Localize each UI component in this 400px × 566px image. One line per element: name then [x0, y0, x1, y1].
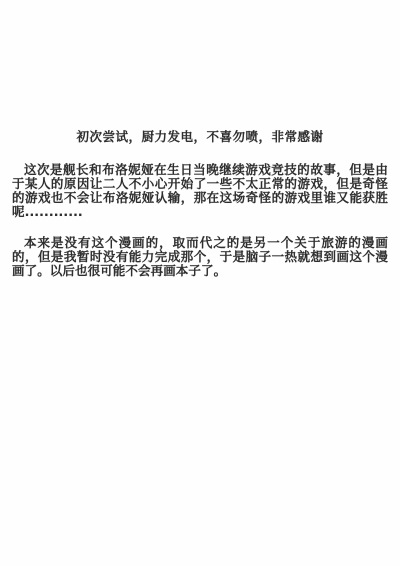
afterword-text-block: 初次尝试，厨力发电，不喜勿喷，非常感谢 这次是舰长和布洛妮娅在生日当晚继续游戏竞… — [12, 130, 388, 295]
afterword-paragraph-2: 本来是没有这个漫画的，取而代之的是另一个关于旅游的漫画的，但是我暂时没有能力完成… — [12, 236, 388, 278]
afterword-paragraph-1: 这次是舰长和布洛妮娅在生日当晚继续游戏竞技的故事，但是由于某人的原因让二人不小心… — [12, 163, 388, 219]
afterword-page: 初次尝试，厨力发电，不喜勿喷，非常感谢 这次是舰长和布洛妮娅在生日当晚继续游戏竞… — [0, 0, 400, 566]
afterword-heading: 初次尝试，厨力发电，不喜勿喷，非常感谢 — [12, 130, 388, 144]
